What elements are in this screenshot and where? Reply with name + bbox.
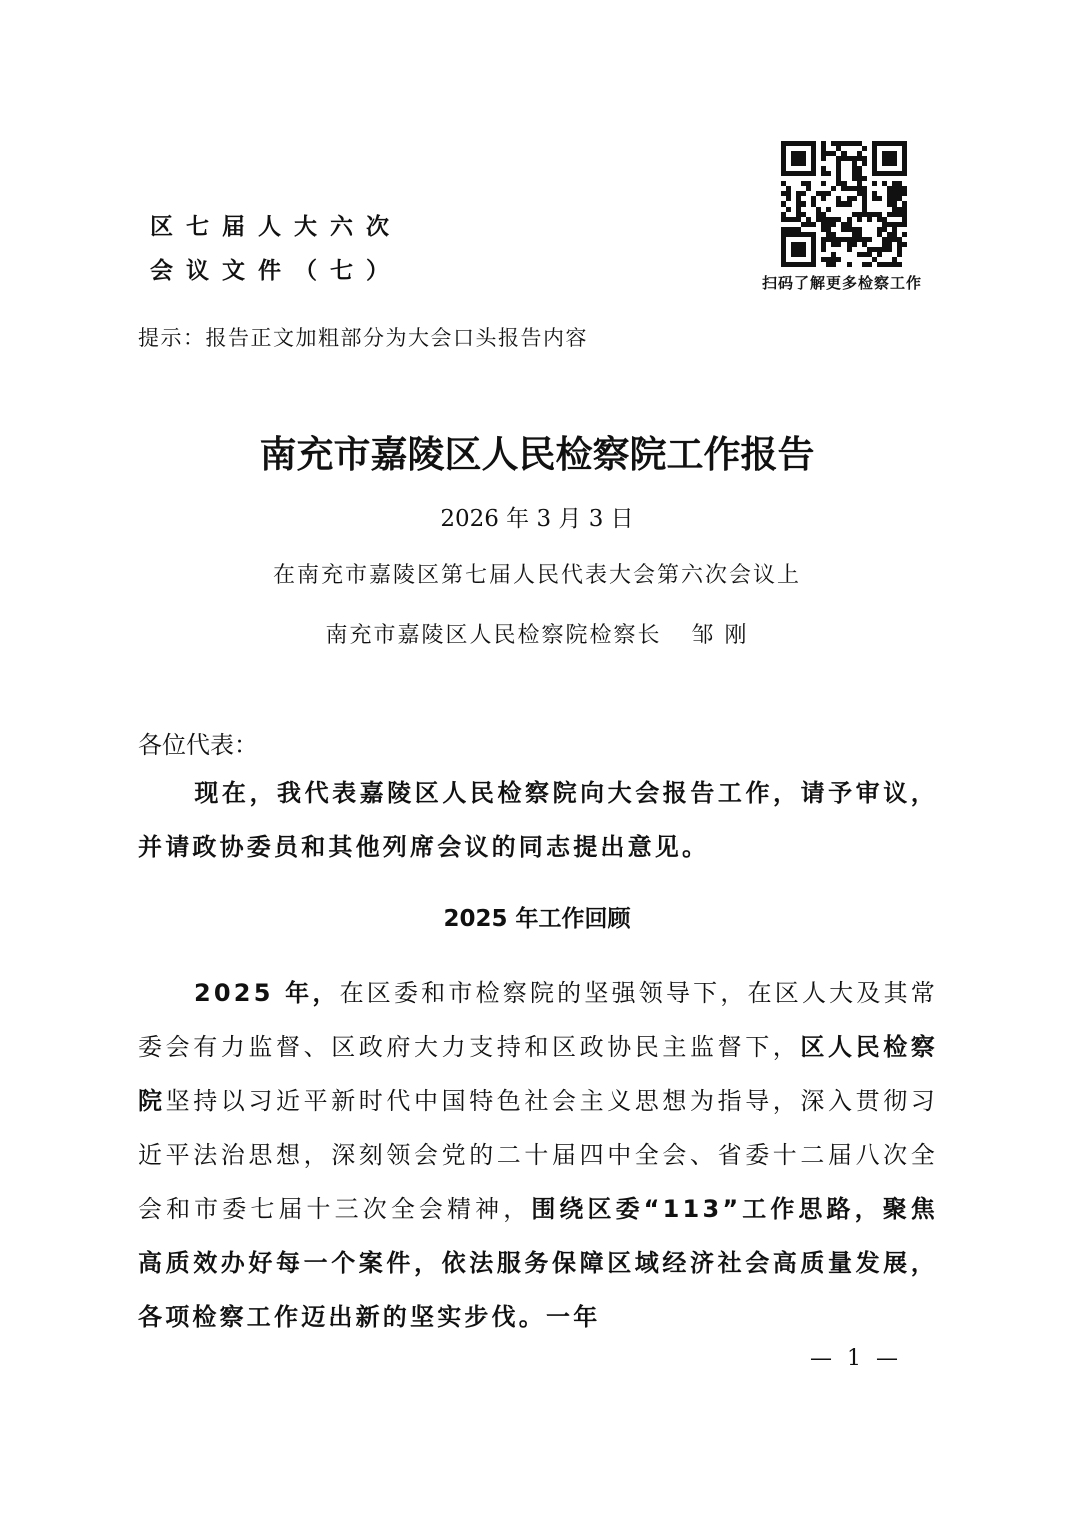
section-heading: 2025 年工作回顾 bbox=[0, 900, 1074, 933]
qr-code-icon[interactable] bbox=[781, 141, 907, 267]
speaker-role: 南充市嘉陵区人民检察院检察长 bbox=[325, 623, 661, 648]
hint-note: 提示：报告正文加粗部分为大会口头报告内容 bbox=[138, 322, 588, 352]
qr-caption: 扫码了解更多检察工作 bbox=[742, 272, 942, 293]
speaker-line: 南充市嘉陵区人民检察院检察长邹 刚 bbox=[0, 618, 1074, 649]
meeting-label-line1: 区七届人大六次 bbox=[150, 205, 402, 249]
opening-paragraph: 现在，我代表嘉陵区人民检察院向大会报告工作，请予审议，并请政协委员和其他列席会议… bbox=[138, 766, 938, 874]
salutation: 各位代表： bbox=[138, 725, 258, 760]
report-occasion: 在南充市嘉陵区第七届人民代表大会第六次会议上 bbox=[0, 558, 1074, 589]
document-title: 南充市嘉陵区人民检察院工作报告 bbox=[0, 424, 1074, 478]
page-number: — 1 — bbox=[810, 1346, 902, 1371]
speaker-name: 邹 刚 bbox=[692, 623, 749, 648]
opening-text: 现在，我代表嘉陵区人民检察院向大会报告工作，请予审议，并请政协委员和其他列席会议… bbox=[138, 779, 938, 861]
meeting-document-label: 区七届人大六次 会议文件（七） bbox=[150, 205, 402, 293]
meeting-label-line2: 会议文件（七） bbox=[150, 249, 402, 293]
report-date: 2026 年 3 月 3 日 bbox=[0, 500, 1074, 533]
review-seg-year: 2025 年， bbox=[194, 979, 340, 1007]
review-paragraph: 2025 年，在区委和市检察院的坚强领导下，在区人大及其常委会有力监督、区政府大… bbox=[138, 966, 938, 1344]
